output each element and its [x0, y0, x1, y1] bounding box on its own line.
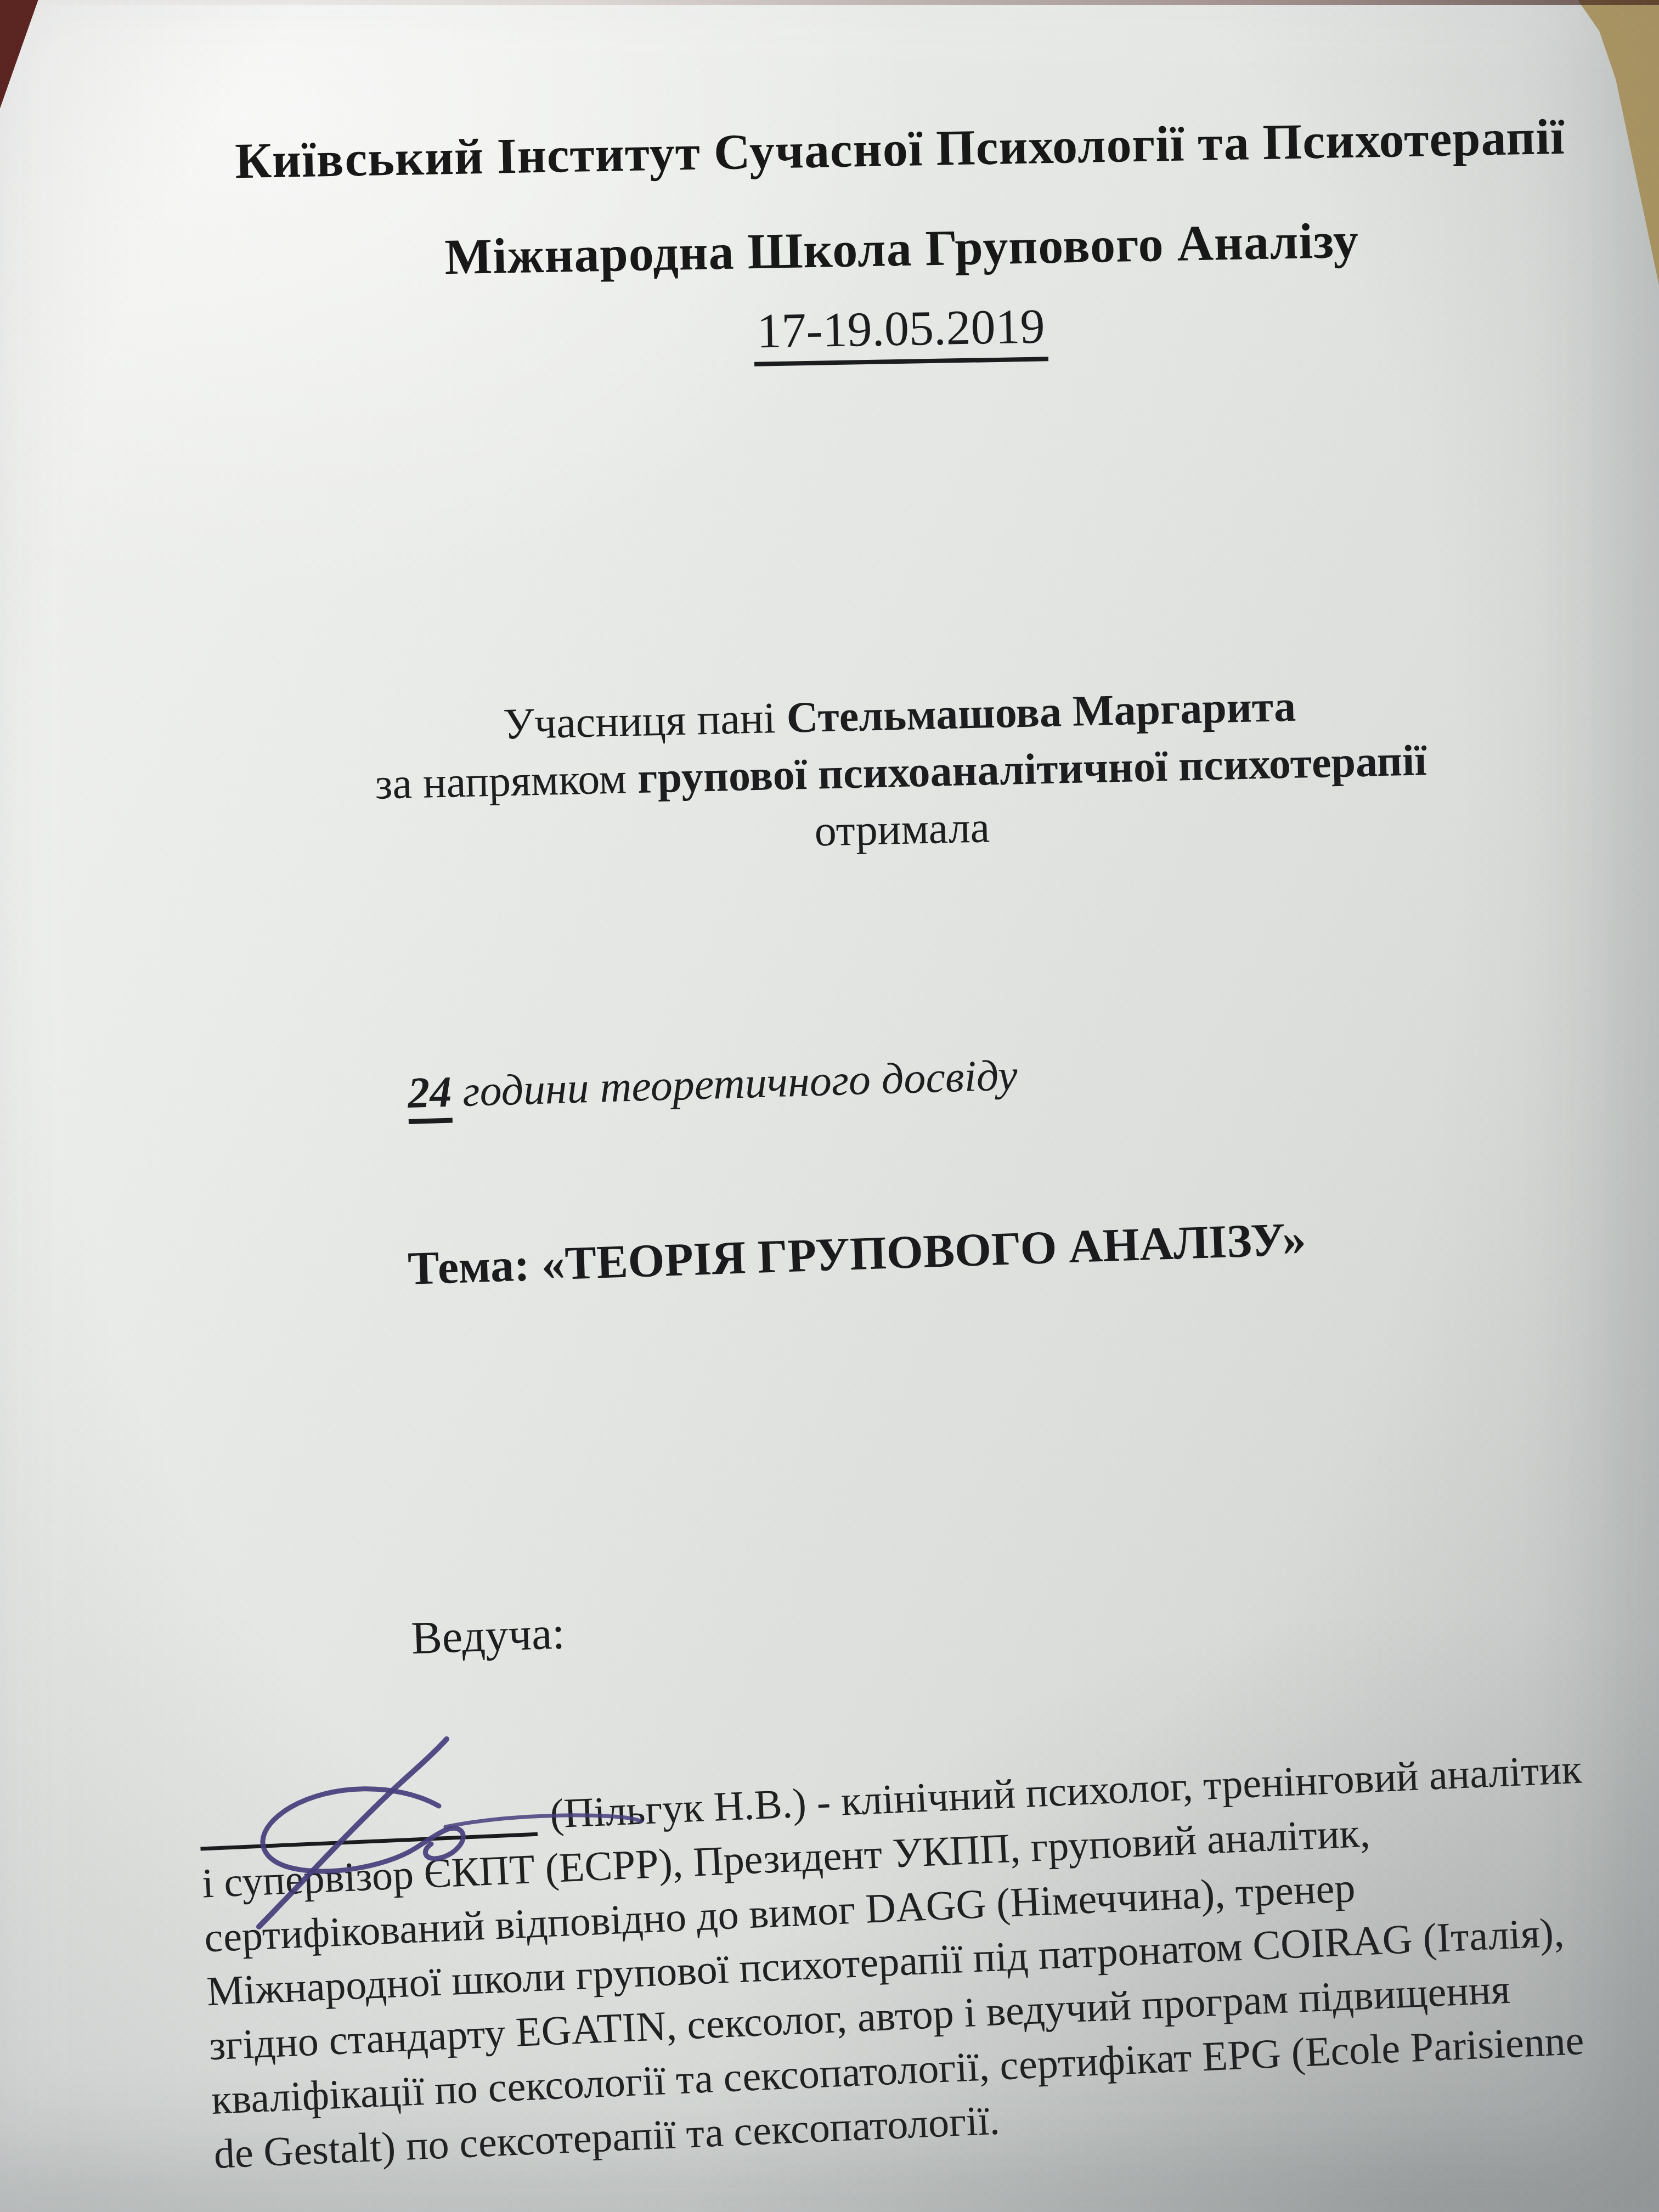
certificate-photo: Київський Інститут Сучасної Психології т… — [0, 0, 1659, 2212]
direction-prefix: за напрямком — [375, 754, 638, 809]
photo-top-edge-shadow — [0, 0, 1659, 5]
credentials-paragraph: (Пільгук Н.В.) - клінічний психолог, тре… — [199, 1741, 1618, 2182]
signature-blank-line — [199, 1795, 538, 1850]
participant-block: Учасниця пані Стельмашова Маргарита за н… — [144, 670, 1658, 875]
event-date: 17-19.05.2019 — [753, 299, 1049, 366]
participant-name: Стельмашова Маргарита — [786, 682, 1296, 742]
leader-label: Ведуча: — [410, 1606, 566, 1665]
hours-value: 24 — [407, 1068, 453, 1124]
participant-prefix: Учасниця пані — [503, 694, 787, 749]
institute-title: Київський Інститут Сучасної Психології т… — [144, 106, 1658, 291]
